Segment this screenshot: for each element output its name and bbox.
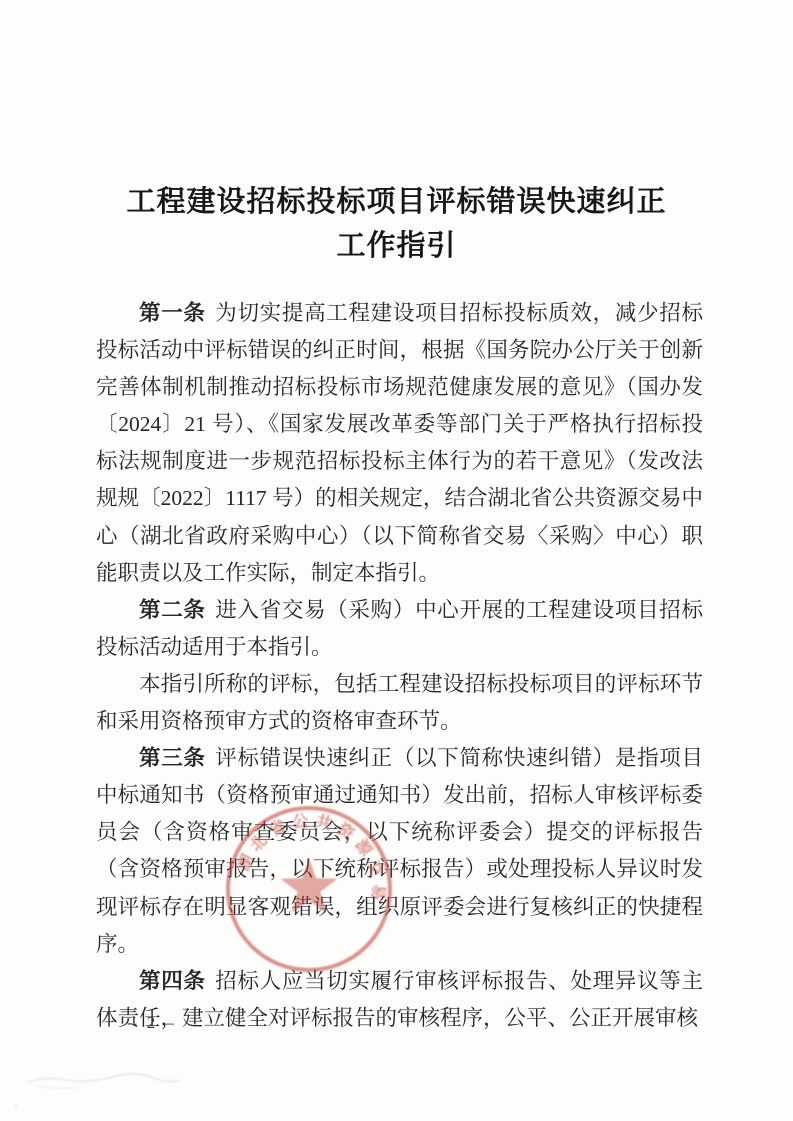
title-line-1: 工程建设招标投标项目评标错误快速纠正 bbox=[0, 180, 793, 224]
page-number: – 2 – bbox=[128, 1013, 177, 1033]
paragraph-text-4: 评标错误快速纠正（以下简称快速纠错）是指项目中标通知书（资格预审通过通知书）发出… bbox=[96, 746, 703, 955]
paragraph-article-2-cont: 本指引所称的评标，包括工程建设招标投标项目的评标环节和采用资格预审方式的资格审查… bbox=[96, 666, 703, 740]
clause-label-1: 第一条 bbox=[139, 301, 206, 325]
paragraph-article-3: 第三条评标错误快速纠正（以下简称快速纠错）是指项目中标通知书（资格预审通过通知书… bbox=[96, 740, 703, 963]
clause-label-4: 第三条 bbox=[139, 746, 206, 770]
paragraph-article-2: 第二条进入省交易（采购）中心开展的工程建设项目招标投标活动适用于本指引。 bbox=[96, 592, 703, 666]
document-page: 工程建设招标投标项目评标错误快速纠正 工作指引 第一条为切实提高工程建设项目招标… bbox=[0, 0, 793, 1121]
document-body: 第一条为切实提高工程建设项目招标投标质效，减少招标投标活动中评标错误的纠正时间，… bbox=[96, 295, 703, 1037]
paragraph-article-1: 第一条为切实提高工程建设项目招标投标质效，减少招标投标活动中评标错误的纠正时间，… bbox=[96, 295, 703, 592]
paragraph-text-1: 为切实提高工程建设项目招标投标质效，减少招标投标活动中评标错误的纠正时间，根据《… bbox=[96, 301, 703, 585]
scan-artifact bbox=[8, 1060, 268, 1110]
paragraph-text-3: 本指引所称的评标，包括工程建设招标投标项目的评标环节和采用资格预审方式的资格审查… bbox=[96, 672, 703, 733]
paragraph-article-4: 第四条招标人应当切实履行审核评标报告、处理异议等主体责任，建立健全对评标报告的审… bbox=[96, 963, 703, 1037]
title-line-2: 工作指引 bbox=[0, 224, 793, 268]
clause-label-2: 第二条 bbox=[139, 598, 206, 622]
document-title: 工程建设招标投标项目评标错误快速纠正 工作指引 bbox=[0, 180, 793, 268]
clause-label-5: 第四条 bbox=[139, 969, 206, 993]
